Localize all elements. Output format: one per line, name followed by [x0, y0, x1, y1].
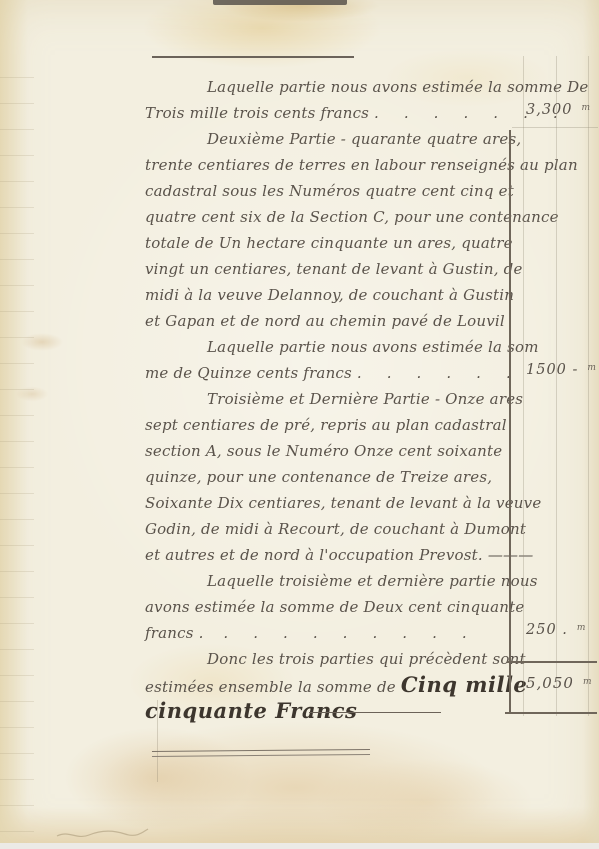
total-sum-words: cinquante Francs	[145, 698, 357, 723]
manuscript-line: Donc les trois parties qui précèdent son…	[145, 646, 513, 672]
centimes-mark: m	[583, 677, 592, 687]
margin-pencil-guide	[523, 56, 524, 716]
margin-pencil-guide	[556, 56, 557, 716]
manuscript-line: quatre cent six de la Section C, pour un…	[145, 204, 513, 230]
manuscript-line-total: cinquante Francs	[145, 698, 513, 724]
manuscript-line: Laquelle troisième et dernière partie no…	[145, 568, 513, 594]
manuscript-line: vingt un centiares, tenant de levant à G…	[145, 256, 513, 282]
manuscript-line: Troisième et Dernière Partie - Onze ares	[145, 386, 513, 412]
previous-entry-rule	[152, 56, 354, 58]
manuscript-line: et Gapan et de nord au chemin pavé de Lo…	[145, 308, 513, 334]
left-margin-pencil-line	[157, 700, 158, 782]
manuscript-line: cadastral sous les Numéros quatre cent c…	[145, 178, 513, 204]
manuscript-line: sept centiares de pré, repris au plan ca…	[145, 412, 513, 438]
manuscript-line: section A, sous le Numéro Onze cent soix…	[145, 438, 513, 464]
centimes-mark: m	[587, 363, 596, 373]
amount-total: 5,050m	[526, 674, 598, 692]
amount-column-rule	[509, 130, 511, 714]
manuscript-line: Deuxième Partie - quarante quatre ares,	[145, 126, 513, 152]
manuscript-line: Godin, de midi à Recourt, de couchant à …	[145, 516, 513, 542]
manuscript-line: me de Quinze cents francs . . . . . .	[145, 360, 513, 386]
margin-pencil-guide	[512, 127, 598, 128]
total-box-bottom-rule	[505, 712, 597, 714]
francs-underline	[309, 712, 441, 713]
manuscript-line: quinze, pour une contenance de Treize ar…	[145, 464, 513, 490]
margin-pencil-guide	[588, 56, 589, 716]
underlying-page-ruling	[0, 52, 34, 838]
manuscript-line: totale de Un hectare cinquante un ares, …	[145, 230, 513, 256]
manuscript-line: Trois mille trois cents francs . . . . .…	[145, 100, 513, 126]
closing-double-rule	[152, 749, 370, 757]
total-box-top-rule	[507, 661, 597, 663]
page-scan: Laquelle partie nous avons estimée la so…	[0, 0, 599, 849]
manuscript-text-block: Laquelle partie nous avons estimée la so…	[145, 74, 513, 724]
scan-artifact-top-edge	[213, 0, 347, 5]
manuscript-line: et autres et de nord à l'occupation Prev…	[145, 542, 513, 568]
pencil-squiggle-bottom	[55, 820, 150, 844]
manuscript-line: Laquelle partie nous avons estimée la so…	[145, 74, 513, 100]
manuscript-line: Soixante Dix centiares, tenant de levant…	[145, 490, 513, 516]
amount-third-part: 250 .m	[526, 622, 598, 638]
centimes-mark: m	[577, 623, 586, 633]
manuscript-line: francs . . . . . . . . . .	[145, 620, 513, 646]
centimes-mark: m	[582, 103, 591, 113]
amount-second-part: 1500 -m	[526, 362, 598, 378]
manuscript-line-total: estimées ensemble la somme de Cinq mille	[145, 672, 513, 698]
scan-edge-bottom	[0, 843, 599, 849]
manuscript-line: avons estimée la somme de Deux cent cinq…	[145, 594, 513, 620]
amount-first-part: 3,300m	[526, 102, 598, 118]
manuscript-line: midi à la veuve Delannoy, de couchant à …	[145, 282, 513, 308]
manuscript-line: Laquelle partie nous avons estimée la so…	[145, 334, 513, 360]
manuscript-line: trente centiares de terres en labour ren…	[145, 152, 513, 178]
